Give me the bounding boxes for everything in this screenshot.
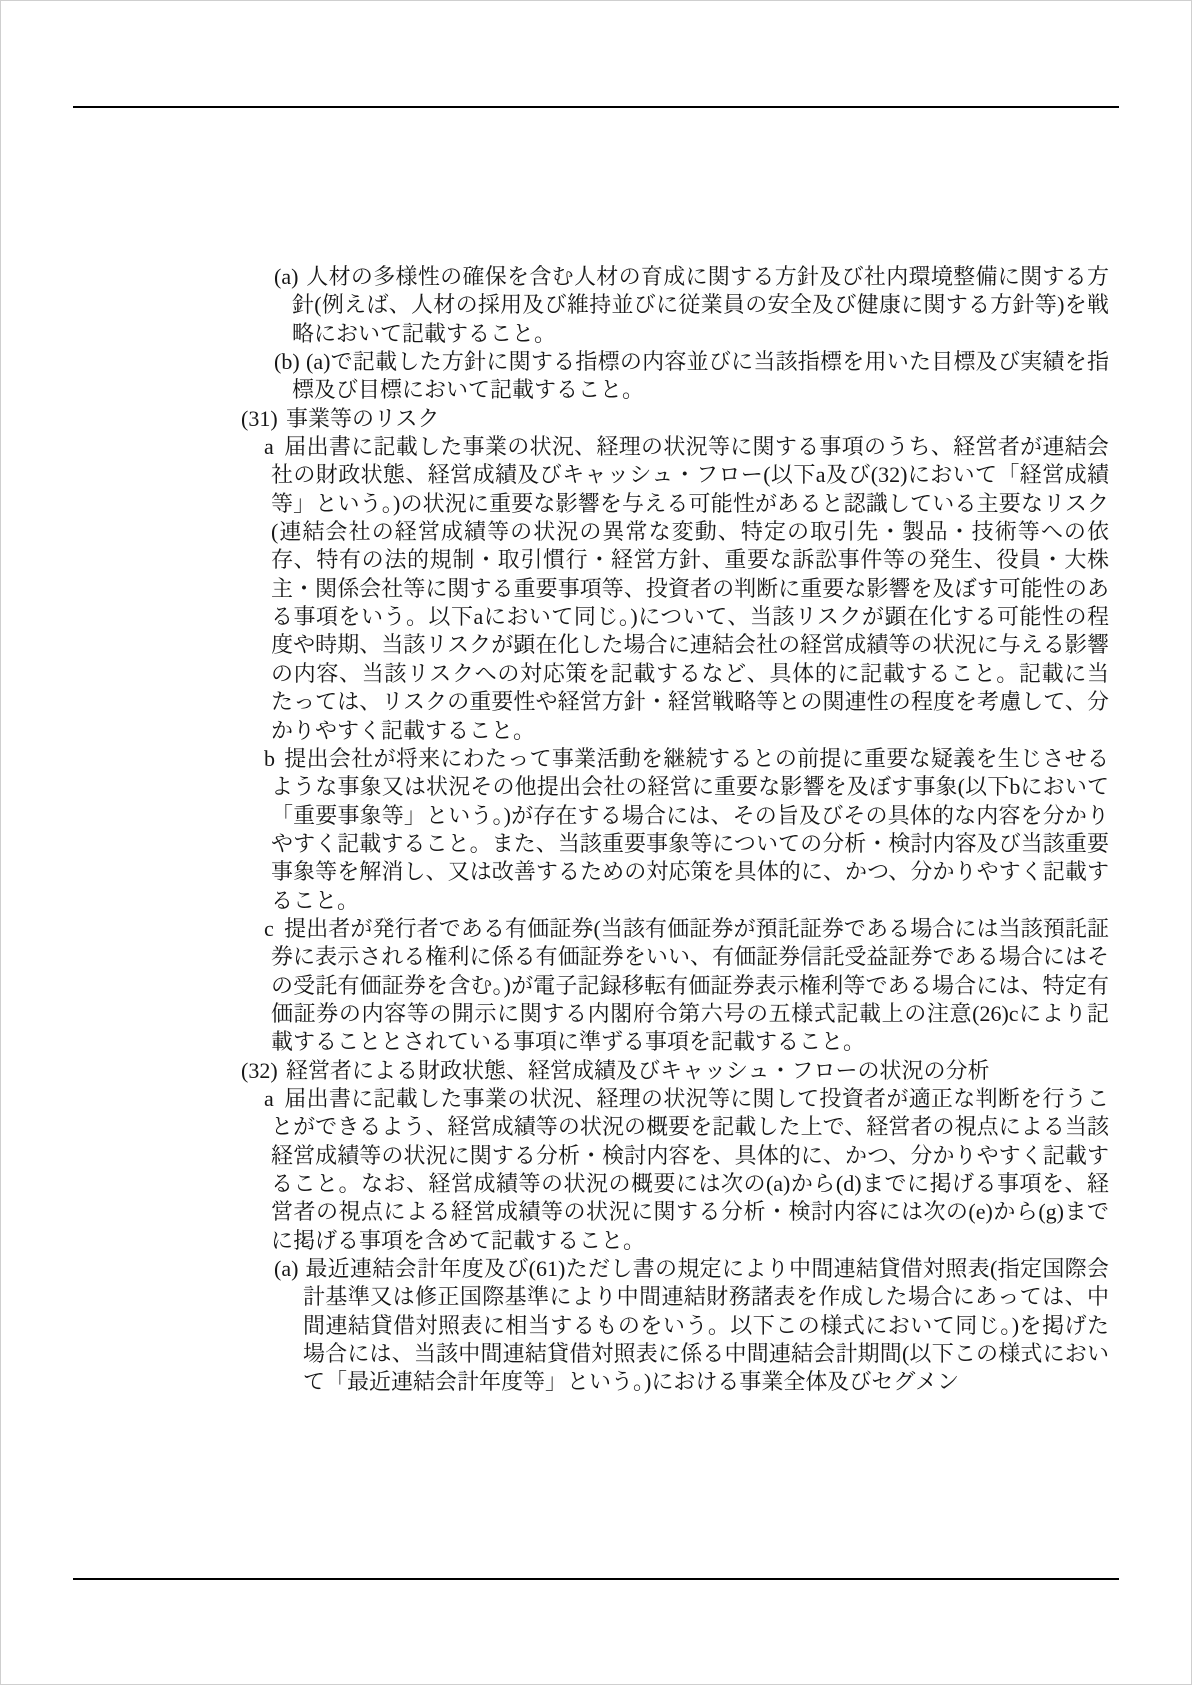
list-item-31a: a届出書に記載した事業の状況、経理の状況等に関する事項のうち、経営者が連結会社の… (1, 433, 1109, 745)
item-label: (b) (274, 348, 306, 376)
document-body: (a)人材の多様性の確保を含む人材の育成に関する方針及び社内環境整備に関する方針… (1, 263, 1109, 1397)
item-text: 届出書に記載した事業の状況、経理の状況等に関する事項のうち、経営者が連結会社の財… (271, 434, 1109, 742)
item-label: (a) (274, 1255, 305, 1283)
top-rule (73, 106, 1119, 108)
item-text: 提出会社が将来にわたって事業活動を継続するとの前提に重要な疑義を生じさせるような… (271, 746, 1109, 913)
item-text: (a)で記載した方針に関する指標の内容並びに当該指標を用いた目標及び実績を指標及… (292, 349, 1109, 402)
section-title: 経営者による財政状態、経営成績及びキャッシュ・フローの状況の分析 (286, 1058, 990, 1083)
document-page: (a)人材の多様性の確保を含む人材の育成に関する方針及び社内環境整備に関する方針… (0, 0, 1192, 1685)
item-text: 届出書に記載した事業の状況、経理の状況等に関して投資者が適正な判断を行うことがで… (271, 1086, 1109, 1253)
list-item-b: (b)(a)で記載した方針に関する指標の内容並びに当該指標を用いた目標及び実績を… (1, 348, 1109, 405)
item-label: b (264, 745, 284, 773)
item-text: 提出者が発行者である有価証券(当該有価証券が預託証券である場合には当該預託証券に… (271, 916, 1109, 1054)
item-label: c (264, 915, 284, 943)
item-text: 最近連結会計年度及び(61)ただし書の規定により中間連結貸借対照表(指定国際会計… (303, 1256, 1109, 1394)
section-32: (32)経営者による財政状態、経営成績及びキャッシュ・フローの状況の分析 (1, 1057, 1109, 1085)
section-title: 事業等のリスク (286, 406, 440, 431)
section-number: (32) (241, 1057, 286, 1085)
item-label: a (264, 1085, 284, 1113)
section-number: (31) (241, 405, 286, 433)
item-text: 人材の多様性の確保を含む人材の育成に関する方針及び社内環境整備に関する方針(例え… (292, 264, 1109, 346)
item-label: a (264, 433, 284, 461)
list-item-31b: b提出会社が将来にわたって事業活動を継続するとの前提に重要な疑義を生じさせるよう… (1, 745, 1109, 915)
list-item-32a-a: (a)最近連結会計年度及び(61)ただし書の規定により中間連結貸借対照表(指定国… (1, 1255, 1109, 1397)
bottom-rule (73, 1578, 1119, 1580)
list-item-31c: c提出者が発行者である有価証券(当該有価証券が預託証券である場合には当該預託証券… (1, 915, 1109, 1057)
item-label: (a) (274, 263, 306, 291)
list-item-a: (a)人材の多様性の確保を含む人材の育成に関する方針及び社内環境整備に関する方針… (1, 263, 1109, 348)
section-31: (31)事業等のリスク (1, 405, 1109, 433)
list-item-32a: a届出書に記載した事業の状況、経理の状況等に関して投資者が適正な判断を行うことが… (1, 1085, 1109, 1255)
